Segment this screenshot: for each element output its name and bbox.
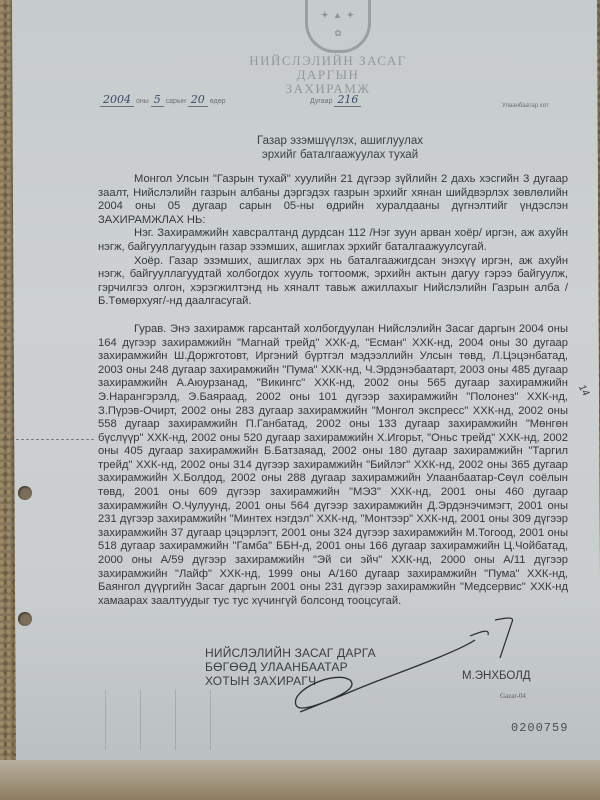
state-emblem-icon: ✦ ▲ ✦ ✿ <box>305 0 371 53</box>
paragraph-three: Гурав. Энэ захирамж гарсантай холбогдуул… <box>98 323 568 608</box>
document-body: Монгол Улсын "Газрын тухай" хуулийн 21 д… <box>98 173 568 608</box>
signature-title-line3: ХОТЫН ЗАХИРАГЧ <box>205 674 376 688</box>
date-month: 5 <box>151 93 164 107</box>
signature-title-line2: БӨГӨӨД УЛААНБААТАР <box>205 660 376 674</box>
number-value: 216 <box>334 93 361 107</box>
date-year: 2004 <box>100 93 134 107</box>
document-header: НИЙСЛЭЛИЙН ЗАСАГ ДАРГЫН ЗАХИРАМЖ <box>228 54 428 96</box>
place-label: Улаанбаатар хот <box>502 103 549 109</box>
paragraph-preamble: Монгол Улсын "Газрын тухай" хуулийн 21 д… <box>98 173 568 227</box>
number-label: Дугаар <box>310 98 332 105</box>
signer-name: М.ЭНХБОЛД <box>462 670 531 682</box>
org-title-line1: НИЙСЛЭЛИЙН ЗАСАГ ДАРГЫН <box>228 54 428 82</box>
serial-number: 0200759 <box>511 721 568 735</box>
signature-title-block: НИЙСЛЭЛИЙН ЗАСАГ ДАРГА БӨГӨӨД УЛААНБААТА… <box>205 646 376 688</box>
paragraph-two: Хоёр. Газар эзэмших, ашиглах эрх нь бата… <box>98 255 568 309</box>
date-day: 20 <box>188 93 208 107</box>
document-subject: Газар эзэмшүүлэх, ашиглуулах эрхийг бата… <box>200 134 480 162</box>
subject-line2: эрхийг баталгаажуулах тухай <box>200 148 480 162</box>
date-month-label: сарын <box>166 98 186 105</box>
punch-hole-icon <box>18 612 32 626</box>
document-number: Дугаар 216 <box>310 93 361 106</box>
date-day-label: өдөр <box>210 98 226 105</box>
punch-hole-icon <box>18 486 32 500</box>
fold-mark <box>6 439 94 440</box>
show-through-text <box>95 690 235 750</box>
paragraph-one: Нэг. Захирамжийн хавсралтанд дурдсан 112… <box>98 227 568 254</box>
date-line: 2004 оны 5 сарын 20 өдөр <box>100 93 226 106</box>
carpet-edge <box>0 760 600 800</box>
form-code: Gazar-04 <box>500 692 526 700</box>
date-year-label: оны <box>136 98 149 105</box>
signature-title-line1: НИЙСЛЭЛИЙН ЗАСАГ ДАРГА <box>205 646 376 660</box>
subject-line1: Газар эзэмшүүлэх, ашиглуулах <box>200 134 480 148</box>
